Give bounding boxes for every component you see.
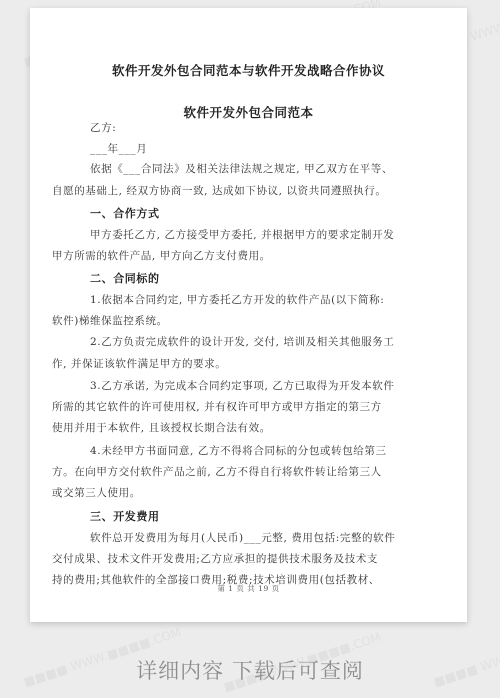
body-line: 3.乙方承诺, 为完成本合同约定事项, 乙方已取得为开发本软件 xyxy=(90,378,394,393)
body-line: 1.依据本合同约定, 甲方委托乙方开发的软件产品(以下简称: xyxy=(90,292,384,307)
section-heading: 三、开发费用 xyxy=(90,508,160,524)
body-line: 或交第三人使用。 xyxy=(52,485,141,500)
document-page: 软件开发外包合同范本与软件开发战略合作协议 软件开发外包合同范本 乙方:___年… xyxy=(30,8,467,622)
body-line: 2.乙方负责完成软件的设计开发, 交付, 培训及相关其他服务工 xyxy=(90,334,394,349)
body-line: 使用并用于本软件, 且该授权长期合法有效。 xyxy=(52,420,271,435)
body-line: ___年___月 xyxy=(90,141,147,156)
download-prompt[interactable]: 详细内容 下载后可查阅 xyxy=(0,655,500,685)
body-line: 自愿的基础上, 经双方协商一致, 达成如下协议, 以资共同遵照执行。 xyxy=(52,183,386,198)
body-line: 甲方委托乙方, 乙方接受甲方委托, 并根据甲方的要求定制开发 xyxy=(90,227,394,242)
body-line: 依据《___合同法》及相关法律法规之规定, 甲乙双方在平等、 xyxy=(90,161,393,176)
section-heading: 一、合作方式 xyxy=(90,205,160,221)
body-line: 软件总开发费用为每月(人民币)___元整, 费用包括:完整的软件 xyxy=(90,530,395,545)
body-line: 方。在向甲方交付软件产品之前, 乙方不得自行将软件转让给第三人 xyxy=(52,464,382,479)
body-line: 软件)梯维保监控系统。 xyxy=(52,313,168,328)
body-line: 交付成果、技术文件开发费用;乙方应承担的提供技术服务及技术支 xyxy=(52,551,378,566)
body-line: 作, 并保证该软件满足甲方的要求。 xyxy=(52,356,226,371)
body-line: 甲方所需的软件产品, 甲方向乙方支付费用。 xyxy=(52,248,271,263)
body-line: 所需的其它软件的许可使用权, 并有权许可甲方或甲方指定的第三方 xyxy=(52,399,382,414)
body-line: 乙方: xyxy=(90,120,116,135)
body-line: 4.未经甲方书面同意, 乙方不得将合同标的分包或转包给第三 xyxy=(90,443,387,458)
document-subtitle: 软件开发外包合同范本 xyxy=(30,103,467,121)
section-heading: 二、合同标的 xyxy=(90,270,160,286)
page-number: 第 1 页 共 19 页 xyxy=(30,583,467,594)
document-title: 软件开发外包合同范本与软件开发战略合作协议 xyxy=(30,61,467,79)
